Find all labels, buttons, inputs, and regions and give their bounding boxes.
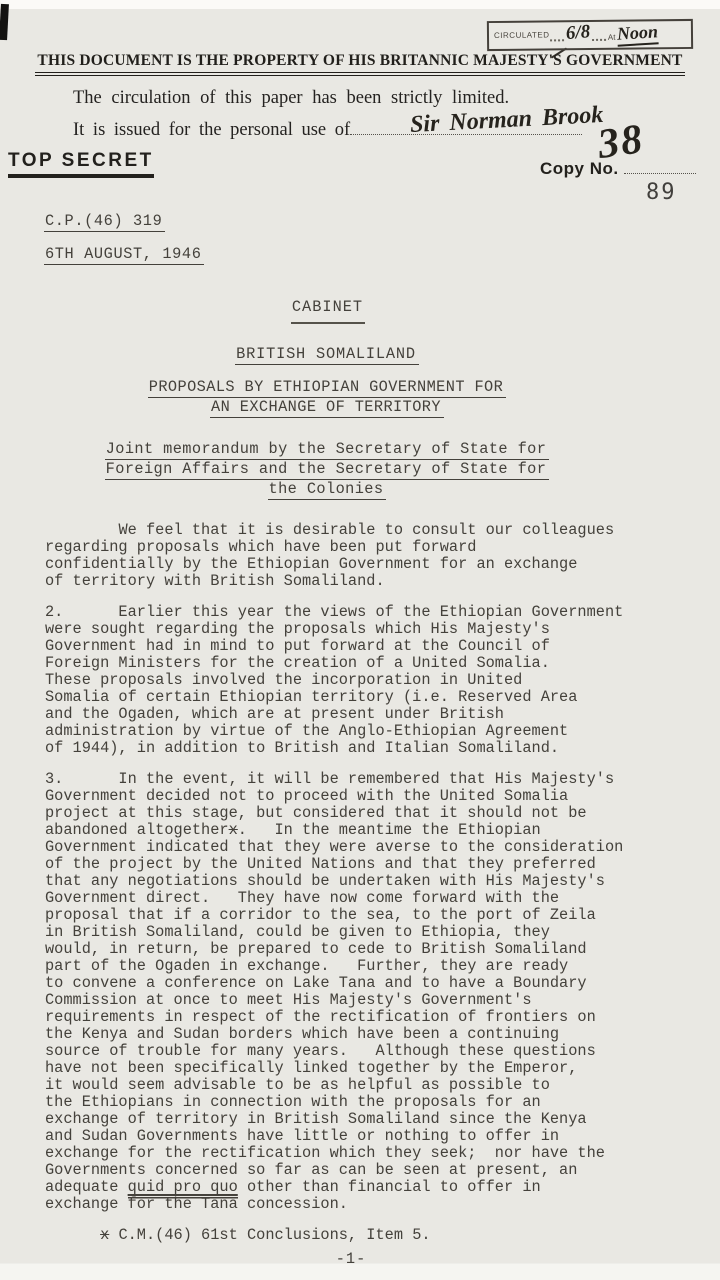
document-title: BRITISH SOMALILAND bbox=[45, 346, 610, 365]
footnote-reference-marker: x bbox=[229, 821, 238, 839]
scan-edge-top bbox=[0, 0, 720, 9]
subtitle-line-text: AN EXCHANGE OF TERRITORY bbox=[210, 398, 444, 418]
paragraph-1: We feel that it is desirable to consult … bbox=[45, 522, 659, 590]
property-banner: THIS DOCUMENT IS THE PROPERTY OF HIS BRI… bbox=[20, 52, 700, 76]
classification-label: TOP SECRET bbox=[8, 150, 154, 178]
document-byline: Joint memorandum by the Secretary of Sta… bbox=[45, 440, 610, 500]
tana-overstruck-text: for the Tana bbox=[128, 1195, 238, 1213]
org-rule bbox=[291, 322, 365, 324]
document-subtitle: PROPOSALS BY ETHIOPIAN GOVERNMENT FOR AN… bbox=[45, 378, 610, 418]
byline-line: Joint memorandum by the Secretary of Sta… bbox=[45, 440, 610, 460]
circulated-stamp: CIRCULATED 6/8 At Noon bbox=[487, 19, 693, 51]
document-title-text: BRITISH SOMALILAND bbox=[235, 346, 419, 365]
property-banner-text: THIS DOCUMENT IS THE PROPERTY OF HIS BRI… bbox=[35, 52, 684, 76]
paragraph-3: 3. In the event, it will be remembered t… bbox=[45, 771, 659, 1213]
footnote: x C.M.(46) 61st Conclusions, Item 5. bbox=[45, 1227, 659, 1244]
circulated-label: CIRCULATED bbox=[494, 30, 550, 42]
footnote-indent bbox=[45, 1226, 100, 1244]
paragraph-3-text: concession. bbox=[238, 1195, 348, 1213]
document-date-text: 6TH AUGUST, 1946 bbox=[44, 246, 204, 265]
stamp-at-label: At bbox=[608, 32, 616, 41]
issued-line: It is issued for the personal use ofSir … bbox=[73, 119, 643, 141]
heading-column: CABINET BRITISH SOMALILAND PROPOSALS BY … bbox=[45, 299, 610, 500]
byline-line-text: Foreign Affairs and the Secretary of Sta… bbox=[105, 460, 550, 480]
paragraph-3-text: . In the meantime the Ethiopian Governme… bbox=[45, 821, 623, 1196]
footnote-marker: x bbox=[100, 1226, 109, 1244]
stamp-dotted-line bbox=[592, 29, 606, 41]
subtitle-line-text: PROPOSALS BY ETHIOPIAN GOVERNMENT FOR bbox=[148, 378, 506, 398]
circulated-time-handwritten: Noon bbox=[617, 21, 659, 47]
typed-document: C.P.(46) 319 6TH AUGUST, 1946 CABINET BR… bbox=[45, 213, 659, 1268]
circulated-date-handwritten: 6/8 bbox=[565, 21, 591, 45]
byline-line-text: Joint memorandum by the Secretary of Sta… bbox=[105, 440, 550, 460]
footnote-text: C.M.(46) 61st Conclusions, Item 5. bbox=[109, 1226, 430, 1244]
byline-line: the Colonies bbox=[45, 480, 610, 500]
copy-number-handwritten: 38 bbox=[595, 115, 647, 169]
circulation-notice: The circulation of this paper has been s… bbox=[73, 88, 509, 109]
byline-line-text: the Colonies bbox=[268, 480, 387, 500]
document-reference: C.P.(46) 319 bbox=[45, 213, 659, 232]
subtitle-line: PROPOSALS BY ETHIOPIAN GOVERNMENT FOR bbox=[45, 378, 610, 398]
subtitle-line: AN EXCHANGE OF TERRITORY bbox=[45, 398, 610, 418]
scan-edge-bottom bbox=[0, 1263, 720, 1280]
document-date: 6TH AUGUST, 1946 bbox=[45, 246, 659, 265]
quid-pro-quo-underlined: quid pro quo bbox=[128, 1178, 238, 1196]
document-reference-text: C.P.(46) 319 bbox=[44, 213, 165, 232]
org-heading: CABINET bbox=[45, 299, 610, 316]
issued-line-text: It is issued for the personal use of bbox=[73, 120, 350, 140]
scan-corner-mark bbox=[0, 4, 9, 40]
paragraph-2: 2. Earlier this year the views of the Et… bbox=[45, 604, 659, 757]
archive-page-number: 89 bbox=[646, 180, 677, 205]
stamp-dotted-line bbox=[549, 29, 563, 41]
byline-line: Foreign Affairs and the Secretary of Sta… bbox=[45, 460, 610, 480]
